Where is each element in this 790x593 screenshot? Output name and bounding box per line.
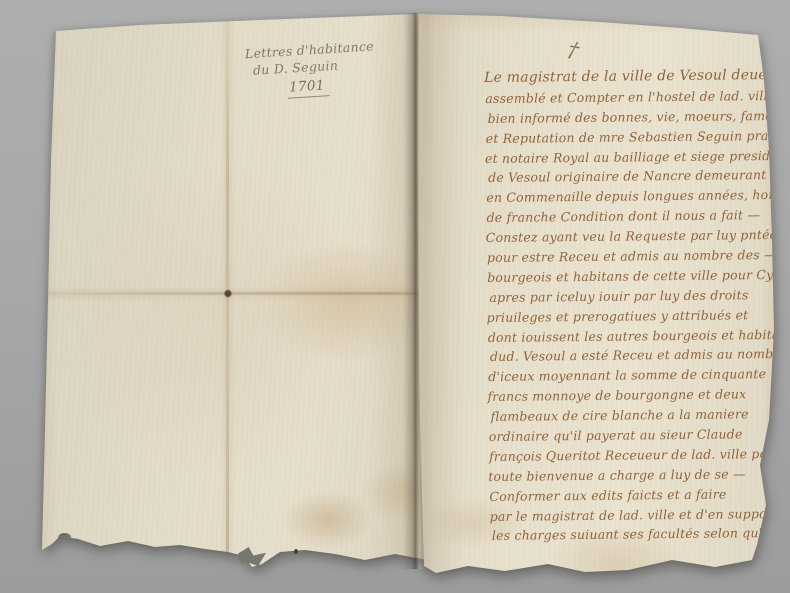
right-page: † Le magistrat de la ville de Vesoul deu… <box>413 12 780 580</box>
annotation-year: 1701 <box>287 77 330 99</box>
cross-mark-icon: † <box>564 38 582 63</box>
manuscript-text: Le magistrat de la ville de Vesoul deuem… <box>485 66 782 546</box>
manuscript-line: toute bienvenue a charge a luy de se — <box>488 464 780 487</box>
right-page-paper: † Le magistrat de la ville de Vesoul deu… <box>413 12 780 580</box>
photo-background: Lettres d'habitance du D. Seguin 1701 † … <box>0 0 790 593</box>
manuscript-line: les charges suiuant ses facultés selon q… <box>492 523 784 546</box>
manuscript-line: dud. Vesoul a esté Receu et admis au nom… <box>490 344 782 367</box>
manuscript-line: de Vesoul originaire de Nancre demeurant <box>488 165 780 188</box>
manuscript-line: bien informé des bonnes, vie, moeurs, fa… <box>487 106 779 129</box>
crease-hole <box>224 289 232 298</box>
manuscript-line: Le magistrat de la ville de Vesoul deuem… <box>484 66 776 89</box>
manuscript-line: Constez ayant veu la Requeste par luy pn… <box>486 225 778 248</box>
fold-crease-horizontal <box>44 292 426 295</box>
manuscript-line: priuileges et prerogatiues y attribués e… <box>486 305 778 328</box>
archival-annotation: Lettres d'habitance du D. Seguin 1701 <box>244 35 417 101</box>
tear-hole <box>58 533 72 544</box>
ink-speck <box>294 549 298 554</box>
left-page: Lettres d'habitance du D. Seguin 1701 <box>38 12 430 570</box>
manuscript-line: flambeaux de cire blanche a la maniere <box>491 404 783 427</box>
center-fold-shadow <box>403 13 427 569</box>
left-page-paper: Lettres d'habitance du D. Seguin 1701 <box>38 12 430 570</box>
